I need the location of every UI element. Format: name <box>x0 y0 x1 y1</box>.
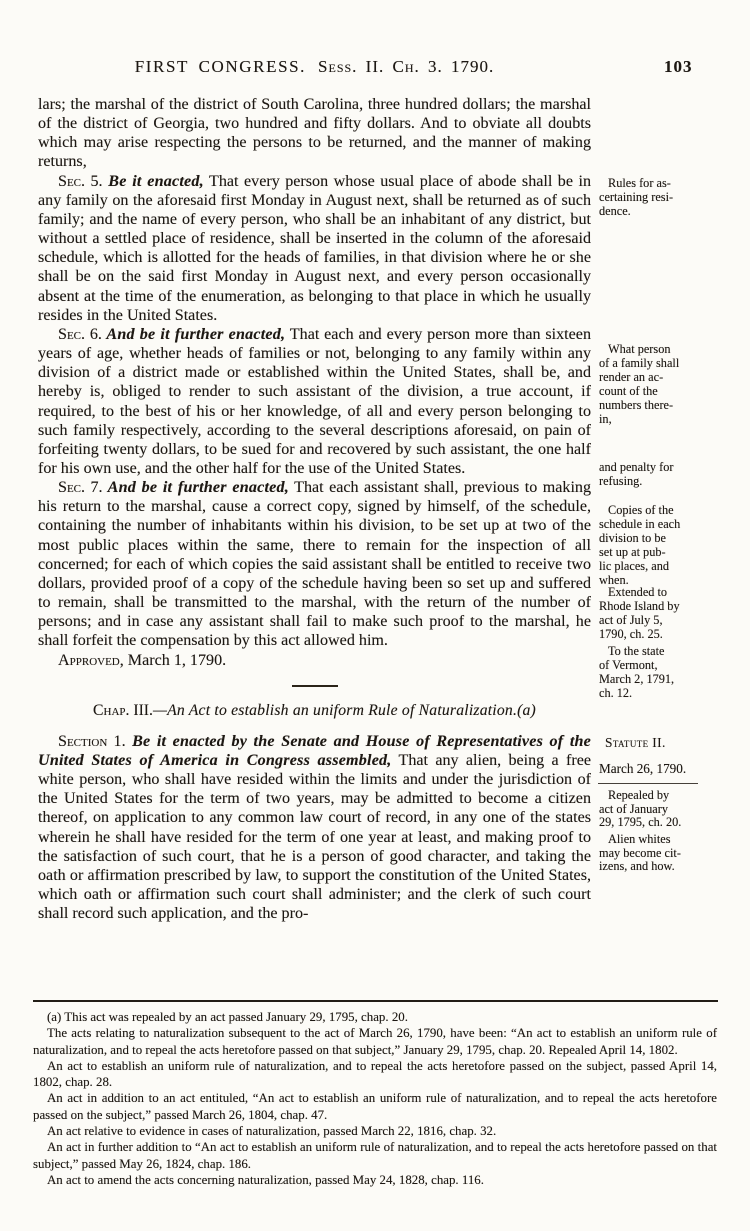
section-label: Sec. 5. <box>58 173 103 190</box>
running-head: FIRST CONGRESS.Sess. II. Ch. 3. 1790. <box>38 57 591 77</box>
section-5-paragraph: Sec. 5. Be it enacted, That every person… <box>38 172 591 325</box>
margin-note-penalty-refusing: and penalty for refusing. <box>599 460 748 488</box>
enacting-clause: Be it enacted, <box>103 173 204 190</box>
chapter-heading: Chap. III.—An Act to establish an unifor… <box>38 701 591 720</box>
congress-title: FIRST CONGRESS. <box>135 57 306 76</box>
footnotes-block: (a) This act was repealed by an act pass… <box>33 1009 717 1188</box>
act-divider-rule <box>292 685 338 687</box>
section-1-paragraph: Section 1. Be it enacted by the Senate a… <box>38 732 591 924</box>
section-label: Sec. 7. <box>58 479 103 496</box>
section-body-text: That each and every person more than six… <box>38 326 591 477</box>
footnote-act-1824: An act in further addition to “An act to… <box>33 1139 717 1172</box>
approved-label: Approved, <box>58 652 124 669</box>
session-chapter-year: Sess. II. Ch. 3. 1790. <box>318 57 494 76</box>
margin-note-copies-schedule: Copies of the schedule in each division … <box>599 503 748 588</box>
section-body-text: That each assistant shall, previous to m… <box>38 479 591 649</box>
margin-date-rule <box>598 783 698 784</box>
section-body-text: That any alien, being a free white perso… <box>38 752 591 922</box>
footnote-act-1802: An act to establish an uniform rule of n… <box>33 1058 717 1091</box>
approval-line: Approved, March 1, 1790. <box>38 651 591 670</box>
statutes-at-large-page: FIRST CONGRESS.Sess. II. Ch. 3. 1790. 10… <box>0 0 750 1231</box>
margin-note-alien-whites: Alien whites may become cit- izens, and … <box>599 833 748 874</box>
margin-note-residence-rules: Rules for as- certaining resi- dence. <box>599 176 748 218</box>
section-label: Sec. 6. <box>58 326 102 343</box>
enacting-clause: And be it further enacted, <box>103 479 289 496</box>
footnote-repeal: (a) This act was repealed by an act pass… <box>33 1009 717 1025</box>
footnote-acts-list: The acts relating to naturalization subs… <box>33 1025 717 1058</box>
margin-note-statute-number: Statute II. <box>605 736 750 750</box>
act-title: —An Act to establish an uniform Rule of … <box>153 702 536 719</box>
section-body-text: That every person whose usual place of a… <box>38 173 591 324</box>
section-label: Section 1. <box>58 733 126 750</box>
paragraph-marshal-compensation: lars; the marshal of the district of Sou… <box>38 95 591 172</box>
chapter-label: Chap. III. <box>93 702 153 719</box>
footnote-separator-rule <box>33 1000 718 1002</box>
footnote-act-1804: An act in addition to an act entituled, … <box>33 1090 717 1123</box>
section-6-paragraph: Sec. 6. And be it further enacted, That … <box>38 325 591 478</box>
margin-note-repealed: Repealed by act of January 29, 1795, ch.… <box>599 789 748 830</box>
paragraph-text: lars; the marshal of the district of Sou… <box>38 96 591 170</box>
section-7-paragraph: Sec. 7. And be it further enacted, That … <box>38 478 591 650</box>
margin-note-rhode-island: Extended to Rhode Island by act of July … <box>599 585 748 641</box>
page-number: 103 <box>664 57 693 77</box>
approved-date: March 1, 1790. <box>124 652 226 669</box>
margin-note-vermont: To the state of Vermont, March 2, 1791, … <box>599 644 748 700</box>
footnote-act-1828: An act to amend the acts concerning natu… <box>33 1172 717 1188</box>
main-text-column: lars; the marshal of the district of Sou… <box>38 95 591 923</box>
margin-note-act-date: March 26, 1790. <box>599 762 748 776</box>
enacting-clause: And be it further enacted, <box>102 326 285 343</box>
margin-note-account-of-numbers: What person of a family shall render an … <box>599 342 748 427</box>
footnote-act-1816: An act relative to evidence in cases of … <box>33 1123 717 1139</box>
